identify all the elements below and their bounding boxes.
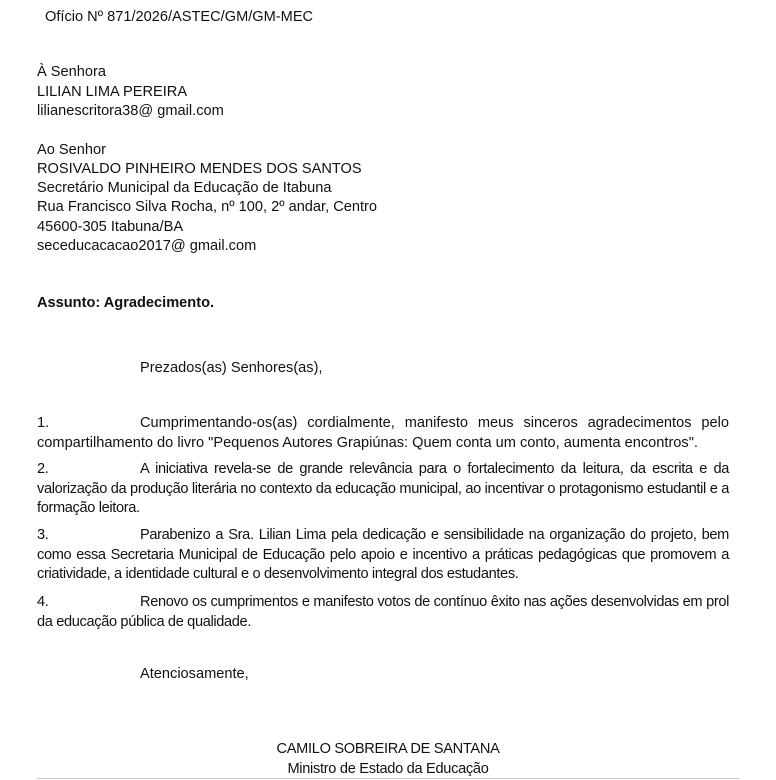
- recipient-2-city: 45600-305 Itabuna/BA: [37, 218, 183, 237]
- paragraph-text: Cumprimentando-os(as) cordialmente, mani…: [37, 415, 729, 451]
- paragraph-2: 2.A iniciativa revela-se de grande relev…: [37, 460, 729, 519]
- paragraph-number: 4.: [37, 593, 140, 613]
- recipient-2-salutation: Ao Senhor: [37, 141, 106, 160]
- letter-reference-number: Ofício Nº 871/2026/ASTEC/GM/GM-MEC: [45, 9, 313, 25]
- paragraph-number: 2.: [37, 460, 140, 480]
- recipient-2-email: seceducacacao2017@ gmail.com: [37, 237, 256, 256]
- paragraph-text: Parabenizo a Sra. Lilian Lima pela dedic…: [37, 527, 729, 582]
- signatory-name: CAMILO SOBREIRA DE SANTANA: [0, 739, 776, 759]
- letter-greeting: Prezados(as) Senhores(as),: [140, 360, 323, 376]
- paragraph-number: 1.: [37, 414, 140, 434]
- letter-subject: Assunto: Agradecimento.: [37, 294, 214, 313]
- recipient-2-address: Rua Francisco Silva Rocha, nº 100, 2º an…: [37, 198, 377, 217]
- paragraph-text: A iniciativa revela-se de grande relevân…: [37, 461, 729, 516]
- paragraph-text: Renovo os cumprimentos e manifesto votos…: [37, 594, 729, 630]
- recipient-1-name: LILIAN LIMA PEREIRA: [37, 83, 187, 102]
- paragraph-1: 1.Cumprimentando-os(as) cordialmente, ma…: [37, 414, 729, 453]
- paragraph-3: 3.Parabenizo a Sra. Lilian Lima pela ded…: [37, 526, 729, 585]
- recipient-2-title: Secretário Municipal da Educação de Itab…: [37, 179, 332, 198]
- footer-divider: [37, 778, 740, 779]
- recipient-1-salutation: À Senhora: [37, 63, 106, 82]
- letter-closing: Atenciosamente,: [140, 666, 249, 682]
- recipient-1-email: lilianescritora38@ gmail.com: [37, 102, 224, 121]
- recipient-2-name: ROSIVALDO PINHEIRO MENDES DOS SANTOS: [37, 160, 362, 179]
- signatory-role: Ministro de Estado da Educação: [0, 759, 776, 779]
- paragraph-number: 3.: [37, 526, 140, 546]
- paragraph-4: 4.Renovo os cumprimentos e manifesto vot…: [37, 593, 729, 632]
